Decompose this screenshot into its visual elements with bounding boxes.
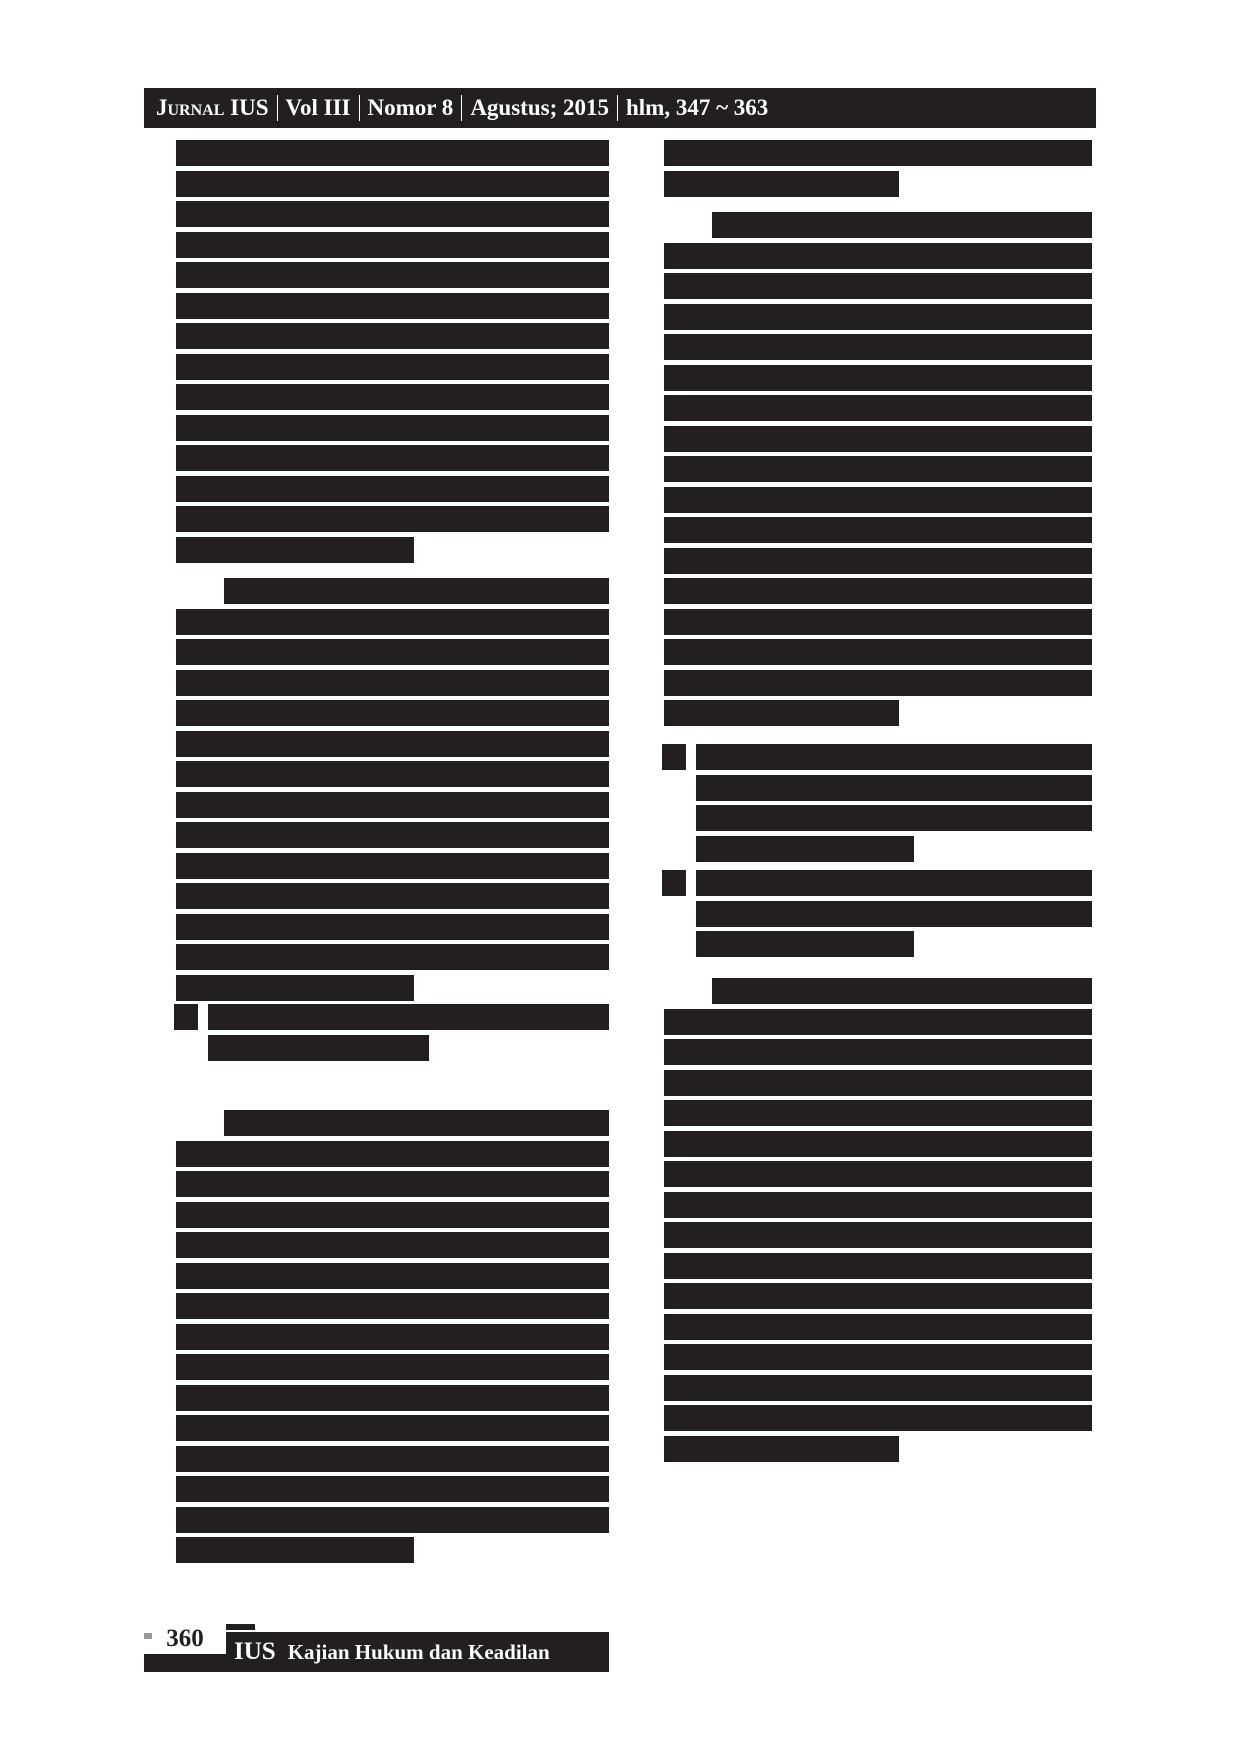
redacted-text-line bbox=[176, 171, 609, 197]
volume: Vol III bbox=[286, 95, 351, 121]
redacted-text-line bbox=[176, 262, 609, 288]
redacted-text-line bbox=[208, 1035, 429, 1061]
redacted-text-line bbox=[176, 975, 414, 1001]
redacted-text-line bbox=[696, 901, 1092, 927]
running-header: Jurnal IUS Vol III Nomor 8 Agustus; 2015… bbox=[144, 88, 1096, 128]
list-marker-redacted bbox=[662, 744, 686, 770]
header-divider bbox=[461, 95, 462, 121]
redacted-text-line bbox=[664, 1131, 1092, 1157]
redacted-text-line bbox=[176, 792, 609, 818]
redacted-text-line bbox=[176, 415, 609, 441]
redacted-text-line bbox=[696, 836, 914, 862]
redacted-text-line bbox=[664, 548, 1092, 574]
redacted-text-line bbox=[664, 1039, 1092, 1065]
redacted-text-line bbox=[176, 914, 609, 940]
redacted-text-line bbox=[176, 639, 609, 665]
redacted-text-line bbox=[176, 944, 609, 970]
redacted-text-line bbox=[176, 140, 609, 166]
redacted-text-line bbox=[176, 731, 609, 757]
redacted-text-line bbox=[176, 761, 609, 787]
header-divider bbox=[359, 95, 360, 121]
redacted-text-line bbox=[176, 506, 609, 532]
redacted-text-line bbox=[664, 304, 1092, 330]
redacted-text-line bbox=[696, 775, 1092, 801]
list-marker-redacted bbox=[174, 1004, 198, 1030]
redacted-text-line bbox=[176, 445, 609, 471]
header-divider bbox=[277, 95, 278, 121]
list-marker-redacted bbox=[662, 870, 686, 896]
redacted-text-line bbox=[176, 822, 609, 848]
redacted-text-line bbox=[176, 1385, 609, 1411]
footer-brand: IUS bbox=[234, 1638, 276, 1666]
redacted-text-line bbox=[176, 1537, 414, 1563]
running-footer: 360 IUS Kajian Hukum dan Keadilan bbox=[144, 1632, 609, 1672]
redacted-text-line bbox=[664, 1009, 1092, 1035]
redacted-text-line bbox=[664, 171, 899, 197]
redacted-text-line bbox=[664, 700, 899, 726]
redacted-text-line bbox=[664, 609, 1092, 635]
redacted-text-line bbox=[176, 232, 609, 258]
redacted-text-line bbox=[664, 1070, 1092, 1096]
page-number: 360 bbox=[144, 1624, 226, 1654]
footer-gray-mark bbox=[144, 1633, 152, 1639]
redacted-text-line bbox=[176, 476, 609, 502]
redacted-text-line bbox=[664, 456, 1092, 482]
redacted-text-line bbox=[664, 578, 1092, 604]
page-range: hlm, 347 ~ 363 bbox=[626, 95, 768, 121]
redacted-text-line bbox=[176, 201, 609, 227]
redacted-text-line bbox=[664, 395, 1092, 421]
redacted-text-line bbox=[224, 578, 609, 604]
redacted-text-line bbox=[664, 1436, 899, 1462]
redacted-text-line bbox=[712, 212, 1092, 238]
redacted-text-line bbox=[664, 1161, 1092, 1187]
redacted-text-line bbox=[696, 870, 1092, 896]
redacted-text-line bbox=[208, 1004, 609, 1030]
redacted-text-line bbox=[664, 1253, 1092, 1279]
redacted-text-line bbox=[664, 517, 1092, 543]
redacted-text-line bbox=[664, 140, 1092, 166]
header-divider bbox=[617, 95, 618, 121]
redacted-text-line bbox=[176, 537, 414, 563]
redacted-text-line bbox=[664, 334, 1092, 360]
redacted-text-line bbox=[696, 744, 1092, 770]
redacted-text-line bbox=[176, 1141, 609, 1167]
redacted-text-line bbox=[176, 1171, 609, 1197]
redacted-text-line bbox=[664, 487, 1092, 513]
redacted-text-line bbox=[664, 365, 1092, 391]
redacted-text-line bbox=[664, 670, 1092, 696]
redacted-text-line bbox=[176, 1293, 609, 1319]
redacted-text-line bbox=[664, 1100, 1092, 1126]
redacted-text-line bbox=[696, 931, 914, 957]
redacted-text-line bbox=[664, 1192, 1092, 1218]
redacted-text-line bbox=[176, 853, 609, 879]
redacted-text-line bbox=[696, 805, 1092, 831]
redacted-text-line bbox=[176, 293, 609, 319]
redacted-text-line bbox=[664, 1222, 1092, 1248]
redacted-text-line bbox=[176, 700, 609, 726]
redacted-text-line bbox=[176, 883, 609, 909]
redacted-text-line bbox=[176, 323, 609, 349]
redacted-text-line bbox=[176, 354, 609, 380]
redacted-text-line bbox=[176, 1324, 609, 1350]
redacted-text-line bbox=[712, 978, 1092, 1004]
redacted-text-line bbox=[176, 1415, 609, 1441]
journal-name: Jurnal IUS bbox=[156, 95, 269, 121]
redacted-text-line bbox=[176, 609, 609, 635]
redacted-text-line bbox=[176, 1476, 609, 1502]
redacted-text-line bbox=[664, 1375, 1092, 1401]
redacted-text-line bbox=[664, 1314, 1092, 1340]
footer-journal-title: Kajian Hukum dan Keadilan bbox=[288, 1640, 550, 1665]
redacted-text-line bbox=[664, 243, 1092, 269]
issue-date: Agustus; 2015 bbox=[470, 95, 609, 121]
redacted-text-line bbox=[176, 1202, 609, 1228]
redacted-text-line bbox=[176, 1263, 609, 1289]
redacted-text-line bbox=[664, 639, 1092, 665]
redacted-text-line bbox=[664, 1283, 1092, 1309]
redacted-text-line bbox=[176, 1232, 609, 1258]
redacted-text-line bbox=[176, 1507, 609, 1533]
redacted-text-line bbox=[664, 1405, 1092, 1431]
redacted-text-line bbox=[664, 426, 1092, 452]
redacted-text-line bbox=[176, 384, 609, 410]
redacted-text-line bbox=[224, 1110, 609, 1136]
redacted-text-line bbox=[176, 1446, 609, 1472]
redacted-text-line bbox=[176, 1354, 609, 1380]
issue-number: Nomor 8 bbox=[368, 95, 454, 121]
redacted-text-line bbox=[176, 670, 609, 696]
redacted-text-line bbox=[664, 273, 1092, 299]
redacted-text-line bbox=[664, 1344, 1092, 1370]
